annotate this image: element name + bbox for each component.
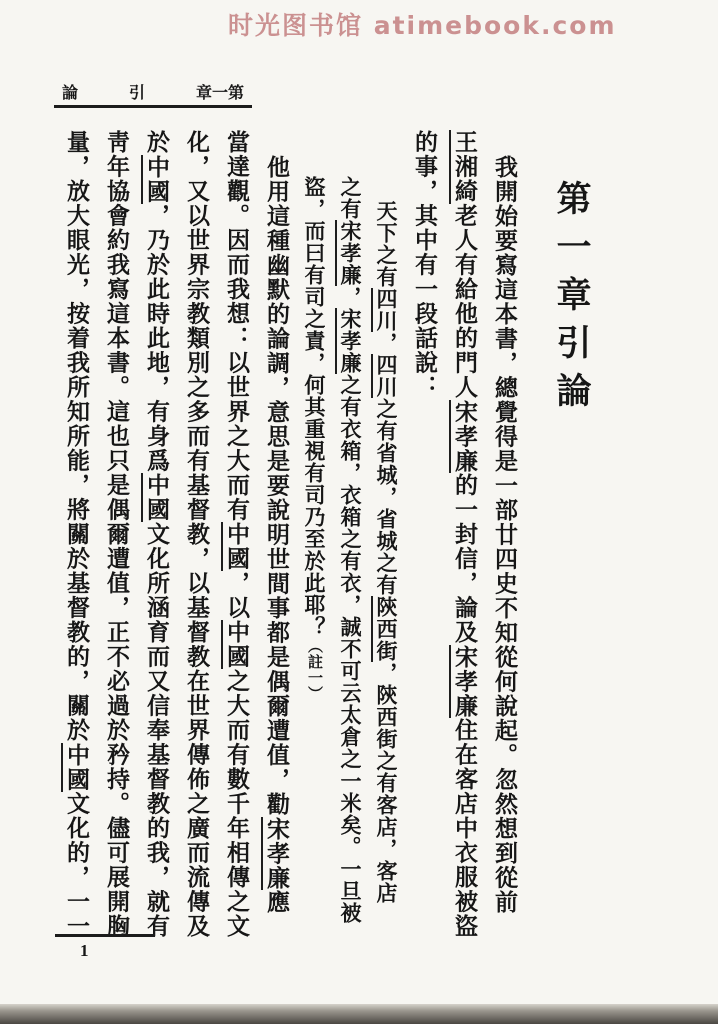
vertical-text-block: 第一章引論 我開始要寫這本書，總覺得是一部廿四史不知從何說起。忽然想到從前 王湘… bbox=[54, 130, 602, 942]
proper-name-mark: 中國 bbox=[221, 522, 249, 571]
text-column: 他用這種幽默的論調，意思是要說明世間事都是偶爾遭值，勸宋孝廉應 bbox=[256, 130, 296, 942]
text-run: 量，放大眼光，按着我所知所能，將關於基督教的，關於 bbox=[64, 130, 89, 743]
text-run: 文化的，一一 bbox=[64, 792, 89, 939]
text-column: 量，放大眼光，按着我所知所能，將關於基督教的，關於中國文化的，一一 bbox=[56, 130, 96, 942]
text-run: 當達觀。因而我想：以世界之大而有 bbox=[224, 130, 249, 522]
text-run: 老人有給他的門人 bbox=[452, 204, 477, 400]
text-run: 化，又以世界宗教類別之多而有基督教，以基督教在世界傳佈之廣而流傳及 bbox=[184, 130, 209, 939]
text-run: 的事，其中有一段話說： bbox=[412, 130, 437, 400]
text-column: 當達觀。因而我想：以世界之大而有中國，以中國之大而有數千年相傳之文 bbox=[216, 130, 256, 942]
text-run: 的一封信，論及 bbox=[452, 473, 477, 645]
proper-name-mark: 中國 bbox=[61, 743, 89, 792]
running-head-segment: 引 bbox=[129, 80, 145, 103]
proper-name-mark: 宋孝廉 bbox=[335, 308, 362, 374]
proper-name-mark: 中國 bbox=[221, 620, 249, 669]
text-column: 的事，其中有一段話說： bbox=[404, 130, 444, 942]
quote-column: 天下之有四川，四川之有省城，省城之有陝西街，陝西街之有客店，客店 bbox=[368, 130, 404, 942]
text-column: 靑年協會約我寫這本書。這也只是偶爾遭值，正不必過於矜持。儘可展開胸 bbox=[96, 130, 136, 942]
note-reference: （註一） bbox=[306, 638, 322, 702]
proper-name-mark: 王湘綺 bbox=[449, 130, 477, 204]
text-run: 靑年協會約我寫這本書。這也只是偶爾遭值，正不必過於矜持。儘可展開胸 bbox=[104, 130, 129, 939]
proper-name-mark: 宋孝廉 bbox=[449, 400, 477, 474]
chapter-title: 第一章引論 bbox=[540, 130, 602, 942]
text-column: 我開始要寫這本書，總覺得是一部廿四史不知從何說起。忽然想到從前 bbox=[484, 130, 524, 942]
text-column: 化，又以世界宗教類別之多而有基督教，以基督教在世界傳佈之廣而流傳及 bbox=[176, 130, 216, 942]
proper-name-mark: 陝西街 bbox=[371, 596, 398, 662]
text-run: 住在客店中衣服被盜 bbox=[452, 718, 477, 939]
quote-column: 之有宋孝廉，宋孝廉之有衣箱，衣箱之有衣，誠不可云太倉之一米矣。一旦被 bbox=[332, 130, 368, 942]
proper-name-mark: 宋孝廉 bbox=[261, 817, 289, 891]
page-number-rule bbox=[55, 934, 155, 937]
proper-name-mark: 中國 bbox=[141, 473, 169, 522]
proper-name-mark: 四川 bbox=[371, 354, 398, 398]
text-run: 他用這種幽默的論調，意思是要說明世間事都是偶爾遭值，勸 bbox=[264, 155, 289, 817]
running-head-rule bbox=[54, 105, 252, 108]
site-watermark: 时光图书馆 atimebook.com bbox=[228, 6, 617, 42]
proper-name-mark: 宋孝廉 bbox=[335, 220, 362, 286]
text-run: 應 bbox=[264, 890, 289, 915]
running-head: 論 引 章一第 bbox=[62, 80, 244, 103]
text-run: ，陝西街之有客店，客店 bbox=[374, 662, 398, 904]
text-run: 之有省城，省城之有 bbox=[374, 398, 398, 596]
proper-name-mark: 四川 bbox=[371, 288, 398, 332]
text-run: ， bbox=[338, 286, 362, 308]
text-run: ，乃於此時此地，有身爲 bbox=[144, 204, 169, 474]
running-head-segment: 論 bbox=[62, 80, 78, 103]
text-run: ， bbox=[374, 332, 398, 354]
text-run: 之有衣箱，衣箱之有衣，誠不可云太倉之一米矣。一旦被 bbox=[338, 374, 362, 924]
proper-name-mark: 中國 bbox=[141, 155, 169, 204]
text-run: ，以 bbox=[224, 571, 249, 620]
running-head-segment: 章一第 bbox=[196, 80, 244, 103]
text-column: 王湘綺老人有給他的門人宋孝廉的一封信，論及宋孝廉住在客店中衣服被盜 bbox=[444, 130, 484, 942]
text-run: 天下之有 bbox=[374, 200, 398, 288]
text-run: 之有 bbox=[338, 176, 362, 220]
text-run: 文化所涵育而又信奉基督教的我，就有 bbox=[144, 522, 169, 939]
text-column: 於中國，乃於此時此地，有身爲中國文化所涵育而又信奉基督教的我，就有 bbox=[136, 130, 176, 942]
text-run: 之大而有數千年相傳之文 bbox=[224, 669, 249, 939]
text-run: 我開始要寫這本書，總覺得是一部廿四史不知從何說起。忽然想到從前 bbox=[492, 155, 517, 915]
quote-column: 盜，而曰有司之責，何其重視有司乃至於此耶？（註一） bbox=[296, 130, 332, 942]
text-run: 盜，而曰有司之責，何其重視有司乃至於此耶？ bbox=[302, 176, 326, 638]
page-number: 1 bbox=[80, 941, 89, 961]
text-run: 於 bbox=[144, 130, 169, 155]
proper-name-mark: 宋孝廉 bbox=[449, 645, 477, 719]
scan-bottom-edge bbox=[0, 1004, 718, 1024]
scanned-book-page: 时光图书馆 atimebook.com 論 引 章一第 第一章引論 我開始要寫這… bbox=[0, 0, 718, 1024]
